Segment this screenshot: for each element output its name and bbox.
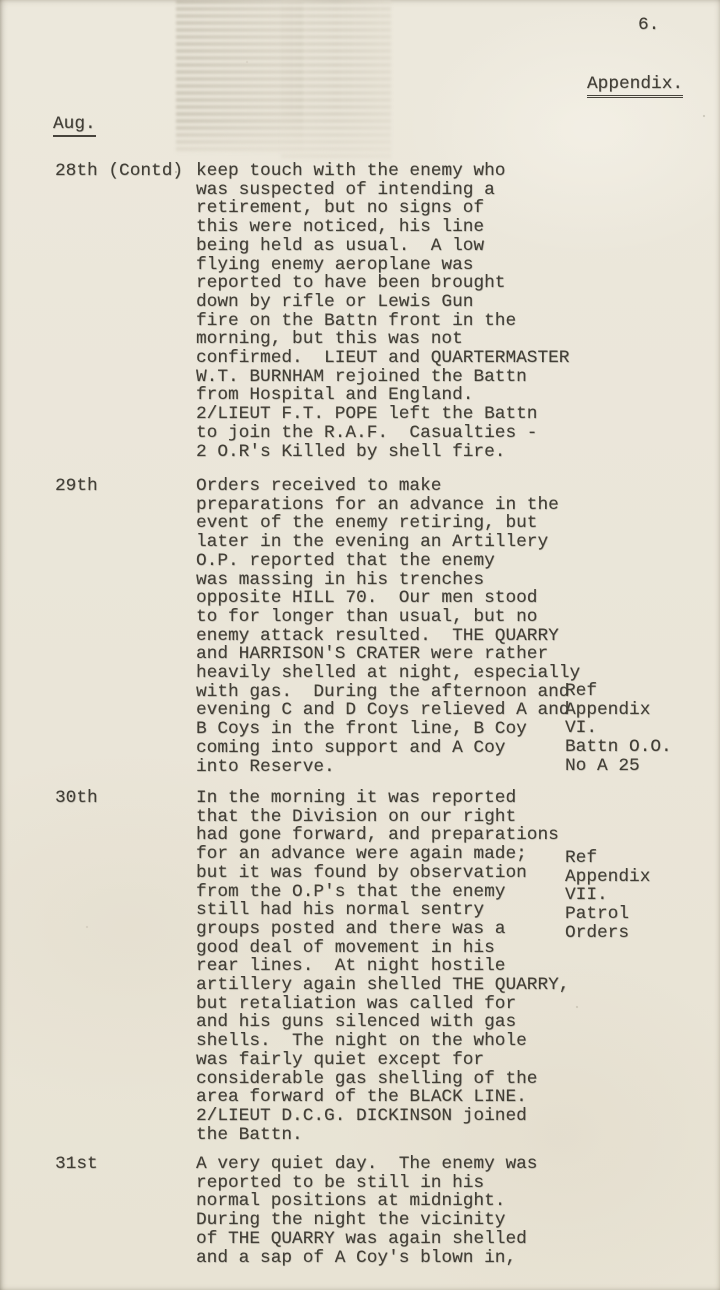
entry-body-text: Orders received to make preparations for… (196, 477, 580, 776)
margin-reference: Ref Appendix VII. Patrol Orders (565, 849, 650, 943)
entry-date: 30th (55, 789, 196, 808)
entry-body-text: A very quiet day. The enemy was reported… (196, 1155, 537, 1267)
entry-date: 29th (55, 477, 196, 496)
diary-entry-29th: 29th Orders received to make preparation… (55, 477, 695, 776)
appendix-heading: Appendix. (587, 75, 683, 98)
entry-date: 28th (Contd) (55, 162, 196, 181)
bleed-through-text (176, 0, 303, 153)
diary-entry-28th: 28th (Contd) keep touch with the enemy w… (55, 162, 695, 461)
entry-date: 31st (55, 1155, 196, 1174)
margin-reference: Ref Appendix VI. Battn O.O. No A 25 (565, 682, 672, 776)
diary-entry-30th: 30th In the morning it was reported that… (55, 789, 695, 1144)
war-diary-page: 6. Appendix. Aug. 28th (Contd) keep touc… (0, 0, 720, 1290)
month-heading: Aug. (53, 115, 96, 137)
diary-entry-31st: 31st A very quiet day. The enemy was rep… (55, 1155, 695, 1267)
page-number: 6. (638, 16, 659, 35)
entry-body-text: keep touch with the enemy who was suspec… (196, 162, 569, 461)
entry-body-text: In the morning it was reported that the … (196, 789, 569, 1144)
bleed-through-text (281, 0, 391, 160)
